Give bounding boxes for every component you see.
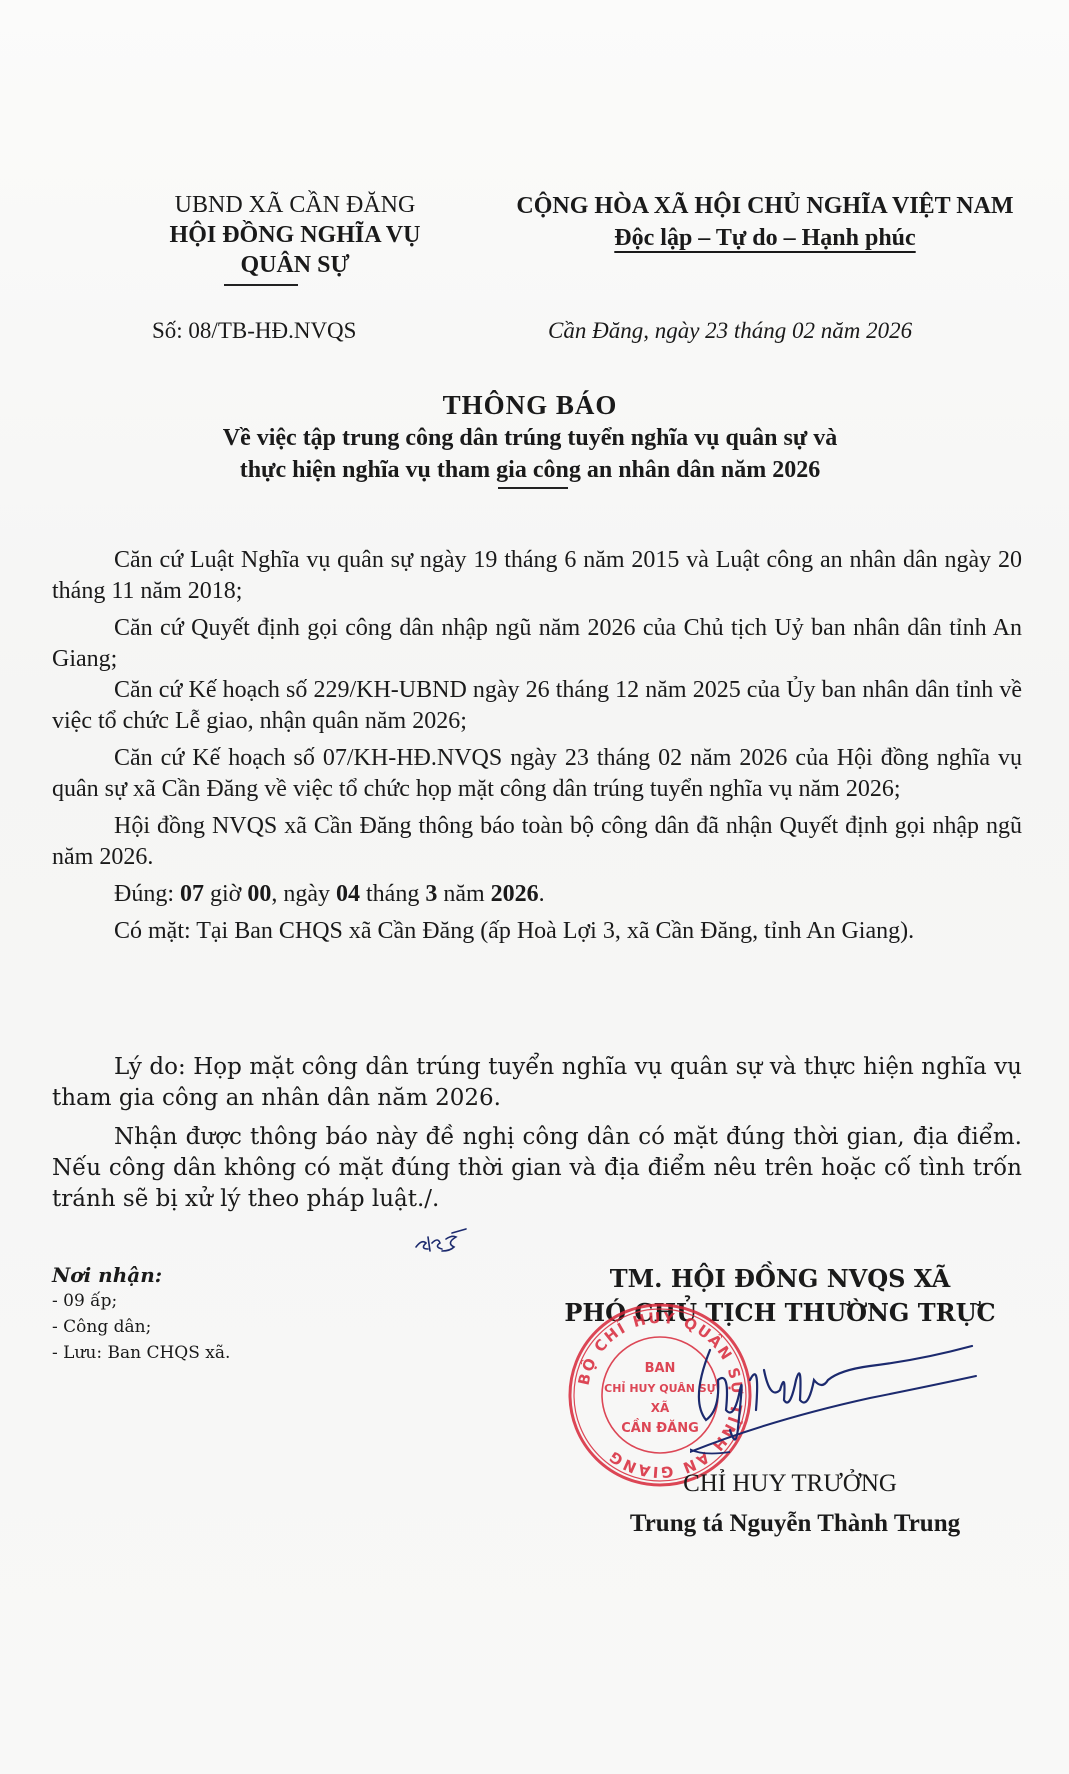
time-label: Đúng: — [114, 881, 180, 907]
agency-underline — [224, 284, 298, 286]
paragraph-time: Đúng: 07 giờ 00, ngày 04 tháng 3 năm 202… — [52, 879, 1022, 910]
body-section-lower: Lý do: Họp mặt công dân trúng tuyển nghĩ… — [52, 1052, 1022, 1215]
paragraph-announcement: Hội đồng NVQS xã Cần Đăng thông báo toàn… — [52, 811, 1022, 873]
national-header: CỘNG HÒA XÃ HỘI CHỦ NGHĨA VIỆT NAM Độc l… — [495, 190, 1035, 254]
title-sub-line-1: Về việc tập trung công dân trúng tuyển n… — [140, 422, 920, 454]
paragraph-reason: Lý do: Họp mặt công dân trúng tuyển nghĩ… — [52, 1052, 1022, 1114]
recipients-list: Nơi nhận: - 09 ấp; - Công dân; - Lưu: Ba… — [52, 1262, 230, 1366]
recipient-item: - Công dân; — [52, 1314, 230, 1340]
stamp-inner-1: BAN — [645, 1361, 676, 1376]
paragraph-closing: Nhận được thông báo này đề nghị công dân… — [52, 1122, 1022, 1215]
body-section: Căn cứ Luật Nghĩa vụ quân sự ngày 19 thá… — [52, 545, 1022, 953]
time-text: , ngày — [271, 881, 336, 907]
time-month: 3 — [425, 881, 437, 907]
signer-name: Trung tá Nguyễn Thành Trung — [590, 1510, 1000, 1538]
time-text: giờ — [204, 881, 247, 907]
stamp-inner-3: XÃ — [651, 1400, 670, 1415]
document-title: THÔNG BÁO Về việc tập trung công dân trú… — [140, 388, 920, 486]
paragraph-location: Có mặt: Tại Ban CHQS xã Cần Đăng (ấp Hoà… — [52, 916, 1022, 947]
place-and-date: Cần Đăng, ngày 23 tháng 02 năm 2026 — [548, 318, 912, 344]
agency-line-2: HỘI ĐỒNG NGHĨA VỤ — [95, 220, 495, 250]
paragraph-legal-basis-1: Căn cứ Luật Nghĩa vụ quân sự ngày 19 thá… — [52, 545, 1022, 607]
paragraph-legal-basis-2: Căn cứ Quyết định gọi công dân nhập ngũ … — [52, 613, 1022, 675]
handwritten-signature — [690, 1340, 980, 1460]
title-sub-line-2: thực hiện nghĩa vụ tham gia công an nhân… — [140, 454, 920, 486]
document-number: Số: 08/TB-HĐ.NVQS — [152, 318, 356, 344]
title-main: THÔNG BÁO — [140, 388, 920, 422]
national-motto: Độc lập – Tự do – Hạnh phúc — [614, 225, 915, 251]
signer-role: CHỈ HUY TRƯỞNG — [600, 1470, 980, 1498]
time-text: . — [539, 881, 545, 907]
time-minute: 00 — [247, 881, 271, 907]
time-text: tháng — [360, 881, 425, 907]
document-page: UBND XÃ CẦN ĐĂNG HỘI ĐỒNG NGHĨA VỤ QUÂN … — [0, 0, 1069, 1774]
paragraph-legal-basis-4: Căn cứ Kế hoạch số 07/KH-HĐ.NVQS ngày 23… — [52, 743, 1022, 805]
signature-line-1: TM. HỘI ĐỒNG NVQS XÃ — [540, 1262, 1020, 1296]
recipient-item: - Lưu: Ban CHQS xã. — [52, 1340, 230, 1366]
recipients-heading: Nơi nhận: — [52, 1262, 230, 1288]
time-day: 04 — [336, 881, 360, 907]
time-hour: 07 — [180, 881, 204, 907]
time-text: năm — [437, 881, 490, 907]
initials-mark — [412, 1225, 467, 1255]
agency-line-3: QUÂN SỰ — [95, 250, 495, 280]
issuing-agency: UBND XÃ CẦN ĐĂNG HỘI ĐỒNG NGHĨA VỤ QUÂN … — [95, 190, 495, 280]
stamp-inner-4: CẦN ĐĂNG — [621, 1418, 699, 1436]
title-underline — [498, 487, 568, 489]
time-year: 2026 — [491, 881, 539, 907]
agency-line-1: UBND XÃ CẦN ĐĂNG — [95, 190, 495, 220]
paragraph-legal-basis-3: Căn cứ Kế hoạch số 229/KH-UBND ngày 26 t… — [52, 675, 1022, 737]
nation-name: CỘNG HÒA XÃ HỘI CHỦ NGHĨA VIỆT NAM — [495, 190, 1035, 222]
recipient-item: - 09 ấp; — [52, 1288, 230, 1314]
